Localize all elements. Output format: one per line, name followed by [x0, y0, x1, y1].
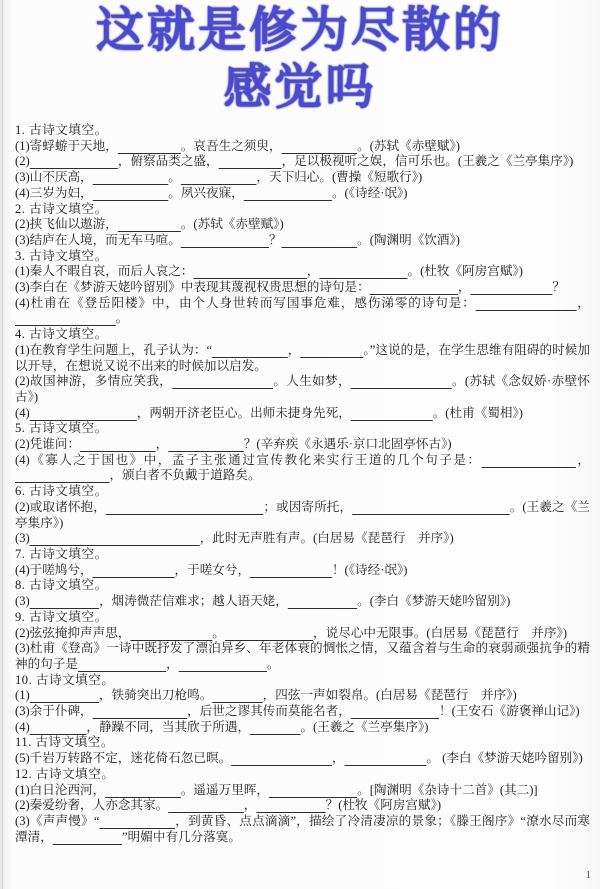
- answer-blank: __________: [300, 343, 363, 357]
- answer-blank: _______________: [481, 453, 575, 467]
- question-line: (1)白日沦西河，____________。遥遥万里晖，____________…: [15, 783, 590, 799]
- answer-blank: _________: [30, 720, 87, 734]
- question-section: 12. 古诗文填空。 (1)白日沦西河，____________。遥遥万里晖，_…: [15, 767, 590, 846]
- answer-blank: ___________: [30, 594, 99, 608]
- answer-blank: ______________: [269, 783, 357, 797]
- question-line: (2)或取诸怀抱，_________________________；或因寄所托…: [15, 500, 590, 531]
- question-section: 11. 古诗文填空。 (5)千岩万转路不定，迷花倚石忽已暝。__________…: [15, 735, 590, 766]
- answer-blank: ______________: [179, 657, 267, 671]
- section-heading: 11. 古诗文填空。: [15, 735, 590, 751]
- section-heading: 5. 古诗文填空。: [15, 421, 590, 437]
- answer-blank: ___________: [53, 830, 122, 844]
- section-heading: 7. 古诗文填空。: [15, 547, 590, 563]
- question-line: (4)杜甫在《登岳阳楼》中，由个人身世转而写国事危难，感伤涕零的诗句是：____…: [15, 296, 590, 327]
- answer-blank: ____________: [93, 186, 169, 200]
- answer-blank: _________________________: [106, 500, 263, 514]
- section-heading: 6. 古诗文填空。: [15, 484, 590, 500]
- answer-blank: ___________: [256, 798, 325, 812]
- question-line: (4)于嗟鸠兮，_____________，于嗟女兮，_____________…: [15, 563, 590, 579]
- answer-blank: ____________: [282, 139, 358, 153]
- question-line: (3)杜甫《登高》一诗中既抒发了漂泊异乡、年老体衰的惆怅之情，又蕴含着与生命的衰…: [15, 641, 590, 672]
- answer-blank: ____________: [282, 233, 358, 247]
- answer-blank: ____________: [212, 343, 288, 357]
- question-section: 1. 古诗文填空。 (1)寄蜉蝣于天地，__________。哀吾生之须臾，__…: [15, 123, 590, 202]
- question-section: 6. 古诗文填空。 (2)或取诸怀抱，_____________________…: [15, 484, 590, 547]
- answer-blank: ____________: [100, 814, 176, 828]
- question-section: 10. 古诗文填空。 (1)___________，铁骑突出刀枪鸣。______…: [15, 673, 590, 736]
- answer-blank: _______________: [93, 704, 187, 718]
- questions-list: 1. 古诗文填空。 (1)寄蜉蝣于天地，__________。哀吾生之须臾，__…: [0, 121, 600, 845]
- question-section: 7. 古诗文填空。 (4)于嗟鸠兮，_____________，于嗟女兮，___…: [15, 547, 590, 578]
- question-line: (1)寄蜉蝣于天地，__________。哀吾生之须臾，____________…: [15, 139, 590, 155]
- question-line: (3)余于仆碑，_______________，后世之谬其传而莫能名者，____…: [15, 704, 590, 720]
- question-line: (1)在教育学生问题上，孔子认为：“____________，_________…: [15, 343, 590, 374]
- question-line: (3)___________，烟涛微茫信难求；越人语天姥，___________…: [15, 594, 590, 610]
- answer-blank: ________________: [231, 751, 332, 765]
- answer-blank: ________________: [172, 374, 273, 388]
- answer-blank: ________________: [476, 296, 577, 310]
- question-line: (1)___________，铁骑突出刀枪鸣。________，四弦一声如裂帛。…: [15, 688, 590, 704]
- section-heading: 3. 古诗文填空。: [15, 249, 590, 265]
- question-line: (4)《寡人之于国也》中，孟子主张通过宣传教化来实行王道的几个句子是：_____…: [15, 453, 590, 484]
- question-line: (2)凭谁问：____________，____________？(辛弃疾《永遇…: [15, 437, 590, 453]
- question-line: (3)山不厌高，____________。____________，天下归心。(…: [15, 170, 590, 186]
- answer-blank: ______________: [181, 233, 269, 247]
- answer-blank: ________________: [15, 311, 116, 325]
- question-line: (2)挟飞仙以遨游，__________。(苏轼《赤壁赋》): [15, 217, 590, 233]
- question-line: (2)故国神游，多情应笑我，________________。人生如梦，____…: [15, 374, 590, 405]
- answer-blank: _____________: [351, 406, 433, 420]
- answer-blank: _________________________: [352, 500, 509, 514]
- answer-blank: ________: [212, 688, 262, 702]
- answer-blank: _________________: [30, 406, 137, 420]
- scan-edge-line: [2, 0, 3, 889]
- question-line: (3)结庐在人境，而无车马喧。______________？__________…: [15, 233, 590, 249]
- question-section: 4. 古诗文填空。 (1)在教育学生问题上，孔子认为：“____________…: [15, 327, 590, 421]
- question-line: (2)弦弦掩抑声声思，_____________。______________，…: [15, 626, 590, 642]
- question-line: (3)李白在《梦游天姥吟留别》中表现其蔑视权贵思想的诗句是：__________…: [15, 280, 590, 296]
- answer-blank: ______________: [370, 280, 458, 294]
- section-heading: 8. 古诗文填空。: [15, 578, 590, 594]
- page-title: 这就是修为尽散的 感觉吗: [14, 2, 586, 116]
- page-number: 1: [586, 869, 592, 881]
- answer-blank: ______________: [225, 626, 313, 640]
- question-line: (4)三岁为妇，____________。夙兴夜寐，______________…: [15, 186, 590, 202]
- question-line: (3)《声声慢》“____________，到黄昏、点点滴滴”，描绘了冷清凄凉的…: [15, 814, 590, 845]
- answer-blank: ____________: [168, 437, 244, 451]
- section-heading: 10. 古诗文填空。: [15, 673, 590, 689]
- page-title-line1: 这就是修为尽散的: [14, 2, 586, 59]
- answer-blank: __________: [118, 139, 181, 153]
- question-section: 8. 古诗文填空。 (3)___________，烟涛微茫信难求；越人语天姥，_…: [15, 578, 590, 609]
- answer-blank: ___________: [288, 594, 357, 608]
- question-line: (2)______________，俯察品类之盛，__________，足以极视…: [15, 154, 590, 170]
- question-section: 3. 古诗文填空。 (1)秦人不暇自哀，而后人哀之：______________…: [15, 249, 590, 328]
- question-line: (3)___________________________，此时无声胜有声。(…: [15, 531, 590, 547]
- question-section: 9. 古诗文填空。 (2)弦弦掩抑声声思，_____________。_____…: [15, 610, 590, 673]
- answer-blank: __________________: [193, 264, 306, 278]
- answer-blank: _____________: [93, 563, 175, 577]
- answer-blank: ______________: [78, 657, 166, 671]
- question-section: 2. 古诗文填空。 (2)挟飞仙以遨游，__________。(苏轼《赤壁赋》)…: [15, 202, 590, 249]
- section-heading: 12. 古诗文填空。: [15, 767, 590, 783]
- answer-blank: _____________: [470, 280, 552, 294]
- answer-blank: ____________: [105, 783, 181, 797]
- question-line: (1)秦人不暇自哀，而后人哀之：__________________，_____…: [15, 264, 590, 280]
- section-heading: 2. 古诗文填空。: [15, 202, 590, 218]
- answer-blank: ____________: [80, 437, 156, 451]
- section-heading: 4. 古诗文填空。: [15, 327, 590, 343]
- answer-blank: ____________: [168, 798, 244, 812]
- page-title-line2: 感觉吗: [14, 59, 586, 116]
- answer-blank: ______________: [319, 264, 407, 278]
- answer-blank: ________: [250, 720, 300, 734]
- question-line: (4)_________，静躁不同，当其欣于所遇，________。(王羲之《兰…: [15, 720, 590, 736]
- answer-blank: ___________: [30, 688, 99, 702]
- answer-blank: _____________: [250, 563, 332, 577]
- answer-blank: ____________: [93, 170, 169, 184]
- answer-blank: ______________: [351, 704, 439, 718]
- answer-blank: ______________: [30, 154, 118, 168]
- answer-blank: _____________: [345, 751, 427, 765]
- section-heading: 1. 古诗文填空。: [15, 123, 590, 139]
- question-line: (4)_________________，两朝开济老臣心。出师未捷身先死，___…: [15, 406, 590, 422]
- answer-blank: ____________: [181, 170, 257, 184]
- answer-blank: __________: [118, 217, 181, 231]
- answer-blank: _____________: [130, 626, 212, 640]
- question-section: 5. 古诗文填空。 (2)凭谁问：____________，__________…: [15, 421, 590, 484]
- question-line: (5)千岩万转路不定，迷花倚石忽已暝。________________，____…: [15, 751, 590, 767]
- worksheet-page: 这就是修为尽散的 感觉吗 1. 古诗文填空。 (1)寄蜉蝣于天地，_______…: [0, 0, 600, 889]
- answer-blank: ________________: [351, 374, 452, 388]
- question-line: (2)秦爱纷奢，人亦念其家。____________，___________？(…: [15, 798, 590, 814]
- section-heading: 9. 古诗文填空。: [15, 610, 590, 626]
- answer-blank: ___________________________: [30, 531, 200, 545]
- answer-blank: __________: [219, 154, 282, 168]
- answer-blank: _______________: [15, 468, 109, 482]
- answer-blank: ______________: [244, 186, 332, 200]
